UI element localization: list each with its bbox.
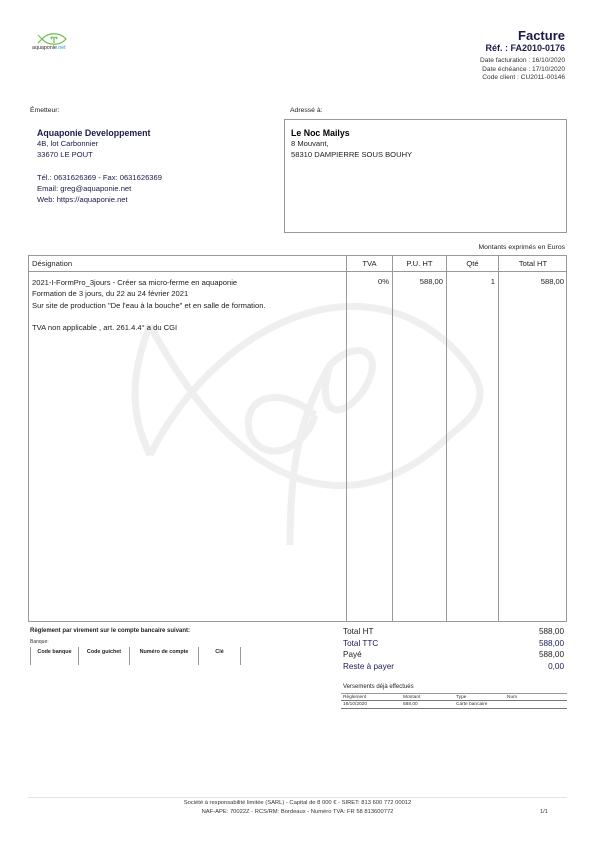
sender-email: Email: greg@aquaponie.net — [37, 183, 162, 194]
total-ttc-value: 588,00 — [539, 639, 564, 648]
aquaponie-logo-icon — [30, 30, 86, 56]
remaining-value: 0,00 — [548, 662, 564, 671]
remaining-label: Reste à payer — [343, 662, 394, 671]
header-pu-ht: P.U. HT — [393, 259, 446, 268]
document-title: Facture — [518, 28, 565, 43]
recipient-details: Le Noc Mailys 8 Mouvant, 58310 DAMPIERRE… — [291, 128, 412, 161]
bank-transfer-title: Règlement par virement sur le compte ban… — [30, 628, 190, 634]
item-line-1: 2021-I-FormPro_3jours - Créer sa micro-f… — [32, 277, 266, 288]
sender-phone-fax: Tél.: 0631626369 - Fax: 0631626369 — [37, 172, 162, 183]
item-pu-ht: 588,00 — [393, 277, 443, 286]
payment-date: 16/10/2020 — [343, 702, 367, 707]
payments-header-amount: Montant — [403, 695, 420, 700]
item-line-4 — [32, 311, 266, 322]
header-designation: Désignation — [32, 259, 72, 268]
item-line-5: TVA non applicable , art. 261.4.4° a du … — [32, 322, 266, 333]
item-line-2: Formation de 3 jours, du 22 au 24 févrie… — [32, 288, 266, 299]
sender-address-1: 4B, lot Carbonnier — [37, 138, 162, 149]
bank-col-code-banque: Code banque — [31, 647, 78, 665]
total-ht-label: Total HT — [343, 627, 373, 636]
logo-wordmark: aquaponie.net — [32, 45, 66, 51]
footer-divider — [28, 797, 567, 798]
sender-address-2: 33670 LE POUT — [37, 149, 162, 160]
item-qty: 1 — [447, 277, 495, 286]
total-ttc-label: Total TTC — [343, 639, 378, 648]
sender-name: Aquaponie Developpement — [37, 128, 162, 138]
payments-header-num: Num — [507, 695, 517, 700]
sender-web: Web: https://aquaponie.net — [37, 194, 162, 205]
due-date: Date échéance : 17/10/2020 — [482, 66, 565, 73]
sender-label: Émetteur: — [30, 107, 59, 114]
recipient-label: Adressé à: — [290, 107, 323, 114]
page-number: 1/1 — [540, 809, 548, 815]
paid-value: 588,00 — [539, 650, 564, 659]
payment-type: Carte bancaire — [456, 702, 487, 707]
client-code: Code client : CU2011-00146 — [482, 74, 565, 81]
bank-col-account-number: Numéro de compte — [130, 647, 198, 665]
payments-header-type: Type — [456, 695, 466, 700]
payments-table: Règlement Montant Type Num 16/10/2020 58… — [341, 693, 567, 709]
bank-col-key: Clé — [199, 647, 240, 665]
header-total-ht: Total HT — [499, 259, 567, 268]
invoice-reference: Réf. : FA2010-0176 — [485, 43, 565, 53]
item-line-3: Sur site de production "De l'eau à la bo… — [32, 300, 266, 311]
paid-label: Payé — [343, 650, 362, 659]
header-qty: Qté — [447, 259, 498, 268]
recipient-name: Le Noc Mailys — [291, 128, 412, 138]
item-tva: 0% — [347, 277, 389, 286]
item-total-ht: 588,00 — [499, 277, 564, 286]
footer-legal-line-2: NAF-APE: 70022Z - RCS/RM: Bordeaux - Num… — [0, 809, 595, 815]
footer-legal-line-1: Société à responsabilité limitée (SARL) … — [0, 800, 595, 806]
table-row: 16/10/2020 588,00 Carte bancaire — [341, 701, 567, 709]
payments-header-row: Règlement Montant Type Num — [341, 693, 567, 701]
table-row-designation: 2021-I-FormPro_3jours - Créer sa micro-f… — [32, 277, 266, 333]
payments-header-settlement: Règlement — [343, 695, 366, 700]
invoice-date: Date facturation : 16/10/2020 — [480, 57, 565, 64]
total-ht-value: 588,00 — [539, 627, 564, 636]
recipient-address-1: 8 Mouvant, — [291, 138, 412, 149]
bank-col-code-guichet: Code guichet — [79, 647, 129, 665]
sender-details: Aquaponie Developpement 4B, lot Carbonni… — [37, 128, 162, 205]
payments-title: Versements déjà effectués — [343, 684, 414, 690]
items-table: Désignation TVA P.U. HT Qté Total HT 202… — [28, 255, 567, 622]
payment-amount: 588,00 — [403, 702, 418, 707]
currency-note: Montants exprimés en Euros — [478, 244, 565, 251]
recipient-address-2: 58310 DAMPIERRE SOUS BOUHY — [291, 149, 412, 160]
header-tva: TVA — [347, 259, 392, 268]
bank-label: Banque: — [30, 639, 49, 645]
